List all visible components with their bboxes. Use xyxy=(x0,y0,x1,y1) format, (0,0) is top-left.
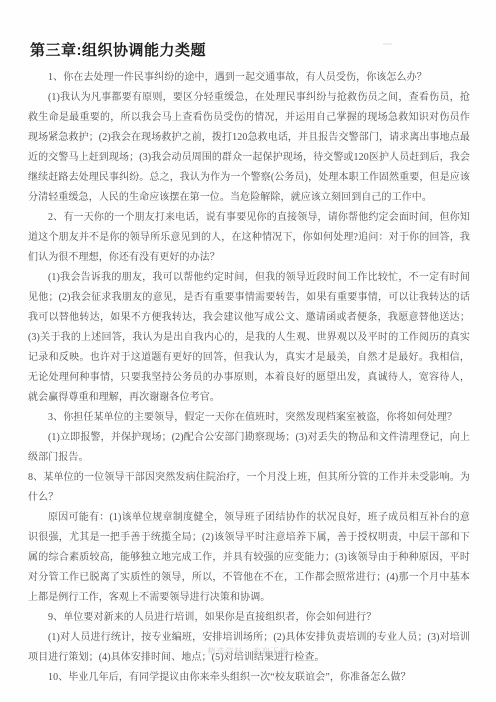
question-paragraph: 8、某单位的一位领导干部因突然发病住院治疗，一个月没上班，但其所分管的工作并未受… xyxy=(28,468,470,508)
document-page: 第三章:组织协调能力类题 1、你在去处理一件民事纠纷的途中，遇到一起交通事故，有… xyxy=(0,0,496,702)
answer-paragraph: 原因可能有：(1)该单位规章制度健全，领导班子团结协作的状况良好，班子成员相互补… xyxy=(28,508,470,608)
question-paragraph: 9、单位要对新来的人员进行培训，如果你是直接组织者，你会如何进行？ xyxy=(28,608,470,628)
answer-paragraph: (1)我会告诉我的朋友，我可以帮他约定时间，但我的领导近段时间工作比较忙，不一定… xyxy=(28,268,470,408)
question-paragraph: 2、有一天你的一个朋友打来电话，说有事要见你的直接领导，请你帮他约定会面时间，但… xyxy=(28,208,470,268)
question-paragraph: 1、你在去处理一件民事纠纷的途中，遇到一起交通事故，有人员受伤，你该怎么办？ xyxy=(28,68,470,88)
question-paragraph: 3、你担任某单位的主要领导，假定一天你在值班时，突然发现档案室被盗，你将如何处理… xyxy=(28,408,470,428)
page-title: 第三章:组织协调能力类题 xyxy=(0,0,496,68)
scan-artifact xyxy=(383,43,392,45)
question-paragraph: 10、毕业几年后，有同学提议由你来牵头组织一次“校友联谊会”，你准备怎么做？ xyxy=(28,668,470,688)
footer-note: 精选资料，欢迎下载 xyxy=(0,646,496,658)
answer-paragraph: (1)立即报警，并保护现场；(2)配合公安部门勘察现场；(3)对丢失的物品和文件… xyxy=(28,428,470,468)
document-body: 1、你在去处理一件民事纠纷的途中，遇到一起交通事故，有人员受伤，你该怎么办？(1… xyxy=(0,68,496,688)
answer-paragraph: (1)我认为凡事都要有原则，要区分轻重缓急，在处理民事纠纷与抢救伤员之间，查看伤… xyxy=(28,88,470,208)
